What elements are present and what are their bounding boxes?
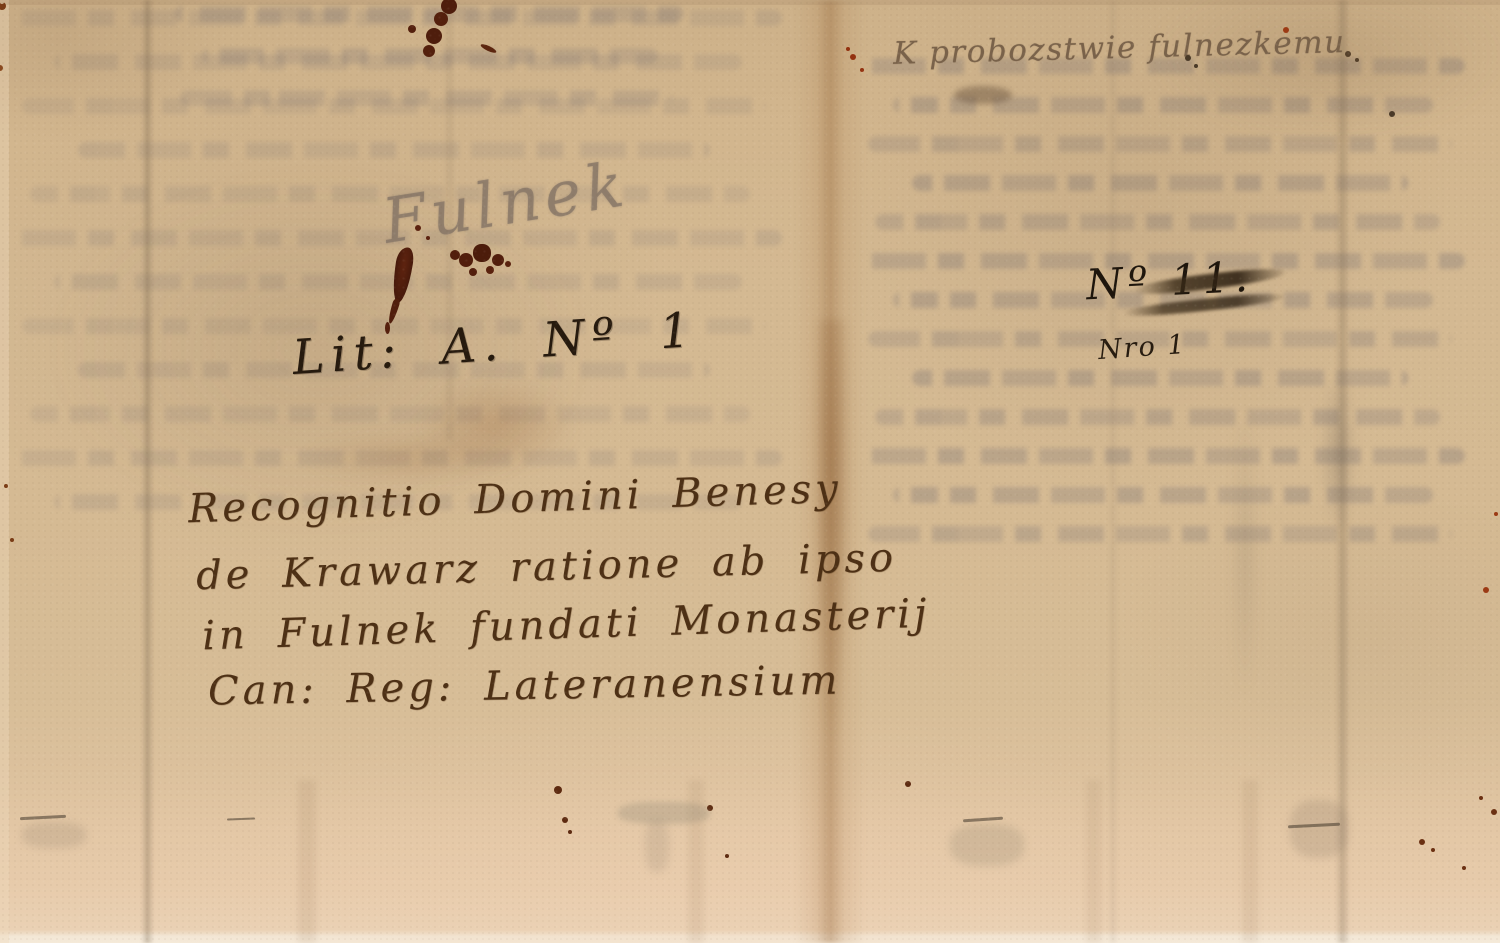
smudge [1232, 400, 1258, 700]
bleedthrough-line [875, 214, 1440, 230]
fold-tab [22, 822, 86, 848]
fold-tab [950, 824, 1024, 866]
page-top-edge [0, 0, 1500, 5]
ink-specks [0, 0, 4, 4]
bleedthrough-line [180, 90, 673, 106]
bleedthrough-line [202, 48, 658, 64]
smudge [1320, 372, 1356, 532]
inscription-line: de Krawarz ratione ab ipso [196, 535, 898, 599]
bleedthrough-line [868, 526, 1452, 542]
fold-slit [963, 817, 1003, 823]
ink-smudge [954, 86, 1012, 104]
bleedthrough-line [912, 175, 1408, 191]
parchment-page: K probozstwie fulnezkemu Fulnek Lit: A. … [0, 0, 1500, 943]
bleedthrough-line [875, 409, 1440, 425]
fold-tab [1290, 800, 1348, 858]
new-number-label: Nro 1 [1097, 329, 1188, 366]
fold-crease-left [141, 0, 154, 943]
bleedthrough-text-left-top [175, 6, 705, 106]
fold-slit [20, 815, 66, 820]
fold-tab [645, 820, 669, 872]
fold-slit [227, 818, 255, 821]
fold-tab [618, 802, 710, 824]
bleedthrough-line [862, 448, 1465, 464]
bleedthrough-line [175, 6, 684, 22]
ink-blot [385, 322, 390, 334]
page-left-edge [0, 0, 9, 943]
inscription-line: Can: Reg: Lateranensium [208, 657, 842, 714]
fold-crease-faint [1109, 0, 1117, 943]
